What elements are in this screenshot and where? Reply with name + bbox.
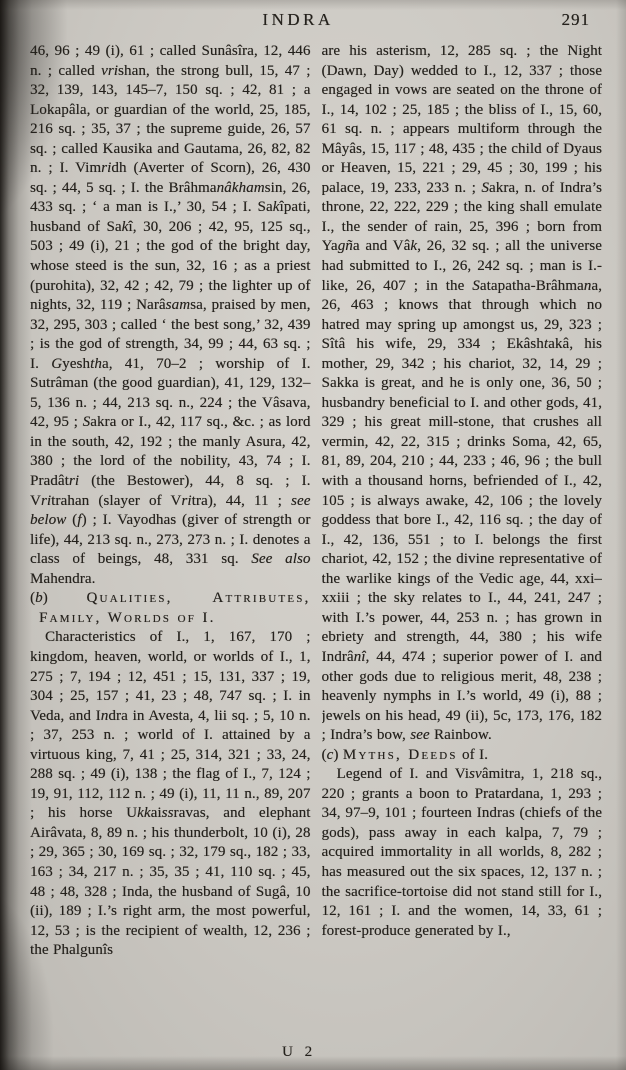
section-heading: (b) Qualities, Attributes, Family, World… [30,589,311,628]
left-column: 46, 96 ; 49 (i), 61 ; called Sunâsîra, 1… [30,42,311,1028]
index-paragraph: Legend of I. and Visvâmitra, 1, 218 sq.,… [322,765,603,941]
printer-signature: U 2 [282,1044,316,1061]
page-number: 291 [562,10,591,30]
book-page-scan: INDRA 291 46, 96 ; 49 (i), 61 ; called S… [0,0,626,1070]
index-paragraph: 46, 96 ; 49 (i), 61 ; called Sunâsîra, 1… [30,42,311,589]
index-paragraph: are his asterism, 12, 285 sq. ; the Nigh… [322,42,603,746]
right-column: are his asterism, 12, 285 sq. ; the Nigh… [322,42,603,1028]
page-title: INDRA [0,10,596,30]
index-paragraph: Characteristics of I., 1, 167, 170 ; kin… [30,628,311,960]
section-heading: (c) Myths, Deeds of I. [322,746,603,766]
text-columns: 46, 96 ; 49 (i), 61 ; called Sunâsîra, 1… [30,42,602,1028]
